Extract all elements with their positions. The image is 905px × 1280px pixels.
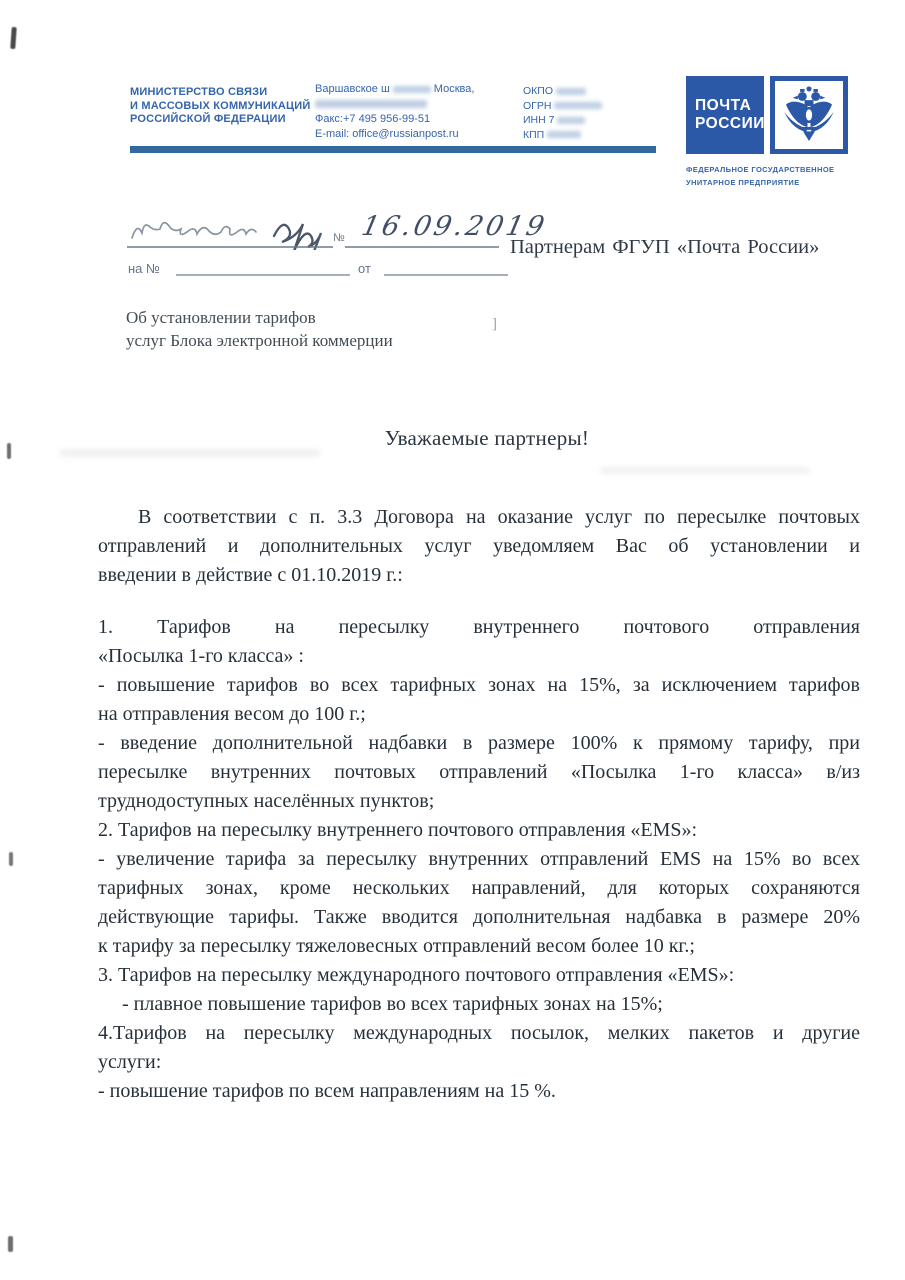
- recipient-line: Партнерам ФГУП «Почта России»: [510, 236, 870, 259]
- emblem-frame: [770, 76, 848, 154]
- body-line: 2. Тарифов на пересылку внутреннего почт…: [98, 816, 860, 845]
- kpp-line: КПП: [523, 128, 663, 143]
- body-line: - введение дополнительной надбавки в раз…: [98, 729, 860, 758]
- subject-line: Об установлении тарифов: [126, 306, 456, 329]
- body-line: услуги:: [98, 1048, 860, 1077]
- body-line: «Посылка 1-го класса» :: [98, 642, 860, 671]
- ref-underline: [127, 246, 333, 248]
- body-line: к тарифу за пересылку тяжеловесных отпра…: [98, 932, 860, 961]
- russian-post-logo: ПОЧТА РОССИИ: [686, 76, 851, 189]
- letterhead-contact: Варшавское шМосква, Факс:+7 495 956-99-5…: [315, 82, 505, 142]
- ministry-line: И МАССОВЫХ КОММУНИКАЦИЙ: [130, 100, 330, 114]
- fax-line: Факс:+7 495 956-99-51: [315, 112, 505, 127]
- body-line: пересылке внутренних почтовых отправлени…: [98, 758, 860, 787]
- handwritten-reference-scrawl: [128, 206, 356, 250]
- body-line: - плавное повышение тарифов во всех тари…: [98, 990, 860, 1019]
- margin-bracket-mark: ]: [492, 316, 497, 333]
- pochta-rossii-wordmark: ПОЧТА РОССИИ: [686, 76, 764, 154]
- letterhead-divider: [130, 146, 656, 153]
- body-line: действующие тарифы. Также вводится допол…: [98, 903, 860, 932]
- body-line: 3. Тарифов на пересылку международного п…: [98, 961, 860, 990]
- from-label: от: [358, 261, 371, 276]
- body-line: тарифных зонах, кроме нескольких направл…: [98, 874, 860, 903]
- subject-block: Об установлении тарифов услуг Блока элек…: [126, 306, 456, 352]
- date-underline: [345, 246, 499, 248]
- scan-artifact: [8, 1236, 13, 1252]
- registry-codes: ОКПО ОГРН ИНН 7 КПП: [523, 84, 663, 142]
- scan-artifact: [7, 443, 11, 459]
- body-line: - повышение тарифов по всем направлениям…: [98, 1077, 860, 1106]
- body-line: 1. Тарифов на пересылку внутреннего почт…: [98, 613, 860, 642]
- blurred-phone-line: [315, 97, 505, 112]
- from-underline: [384, 274, 508, 276]
- ministry-line: РОССИЙСКОЙ ФЕДЕРАЦИИ: [130, 113, 330, 127]
- body-line: отправлений и дополнительных услуг уведо…: [98, 532, 860, 561]
- body-line: на отправления весом до 100 г.;: [98, 700, 860, 729]
- body-line: введении в действие с 01.10.2019 г.:: [98, 561, 860, 590]
- body-line: В соответствии с п. 3.3 Договора на оказ…: [98, 503, 860, 532]
- scan-artifact: [9, 852, 13, 866]
- incoming-number-label: на №: [128, 261, 160, 276]
- address-line: Варшавское шМосква,: [315, 82, 505, 97]
- salutation: Уважаемые партнеры!: [106, 426, 868, 451]
- inn-line: ИНН 7: [523, 113, 663, 128]
- body-line: 4.Тарифов на пересылку международных пос…: [98, 1019, 860, 1048]
- letter-body: В соответствии с п. 3.3 Договора на оказ…: [98, 503, 860, 1106]
- incoming-underline: [176, 274, 350, 276]
- scanned-letter-page: МИНИСТЕРСТВО СВЯЗИ И МАССОВЫХ КОММУНИКАЦ…: [0, 0, 905, 1280]
- double-headed-eagle-icon: [780, 85, 838, 145]
- body-line: - повышение тарифов во всех тарифных зон…: [98, 671, 860, 700]
- ministry-line: МИНИСТЕРСТВО СВЯЗИ: [130, 86, 330, 100]
- email-line: E-mail: office@russianpost.ru: [315, 127, 505, 142]
- number-sign: №: [333, 232, 345, 244]
- body-line: - увеличение тарифа за пересылку внутрен…: [98, 845, 860, 874]
- ogrn-line: ОГРН: [523, 99, 663, 114]
- fgup-caption: ФЕДЕРАЛЬНОЕ ГОСУДАРСТВЕННОЕ УНИТАРНОЕ ПР…: [686, 163, 851, 189]
- body-line: труднодоступных населённых пунктов;: [98, 787, 860, 816]
- scan-streak: [600, 468, 810, 473]
- subject-line: услуг Блока электронной коммерции: [126, 329, 456, 352]
- scan-artifact: [10, 27, 17, 49]
- ministry-name: МИНИСТЕРСТВО СВЯЗИ И МАССОВЫХ КОММУНИКАЦ…: [130, 86, 330, 127]
- okpo-line: ОКПО: [523, 84, 663, 99]
- blurred-address-fragment: [393, 86, 431, 93]
